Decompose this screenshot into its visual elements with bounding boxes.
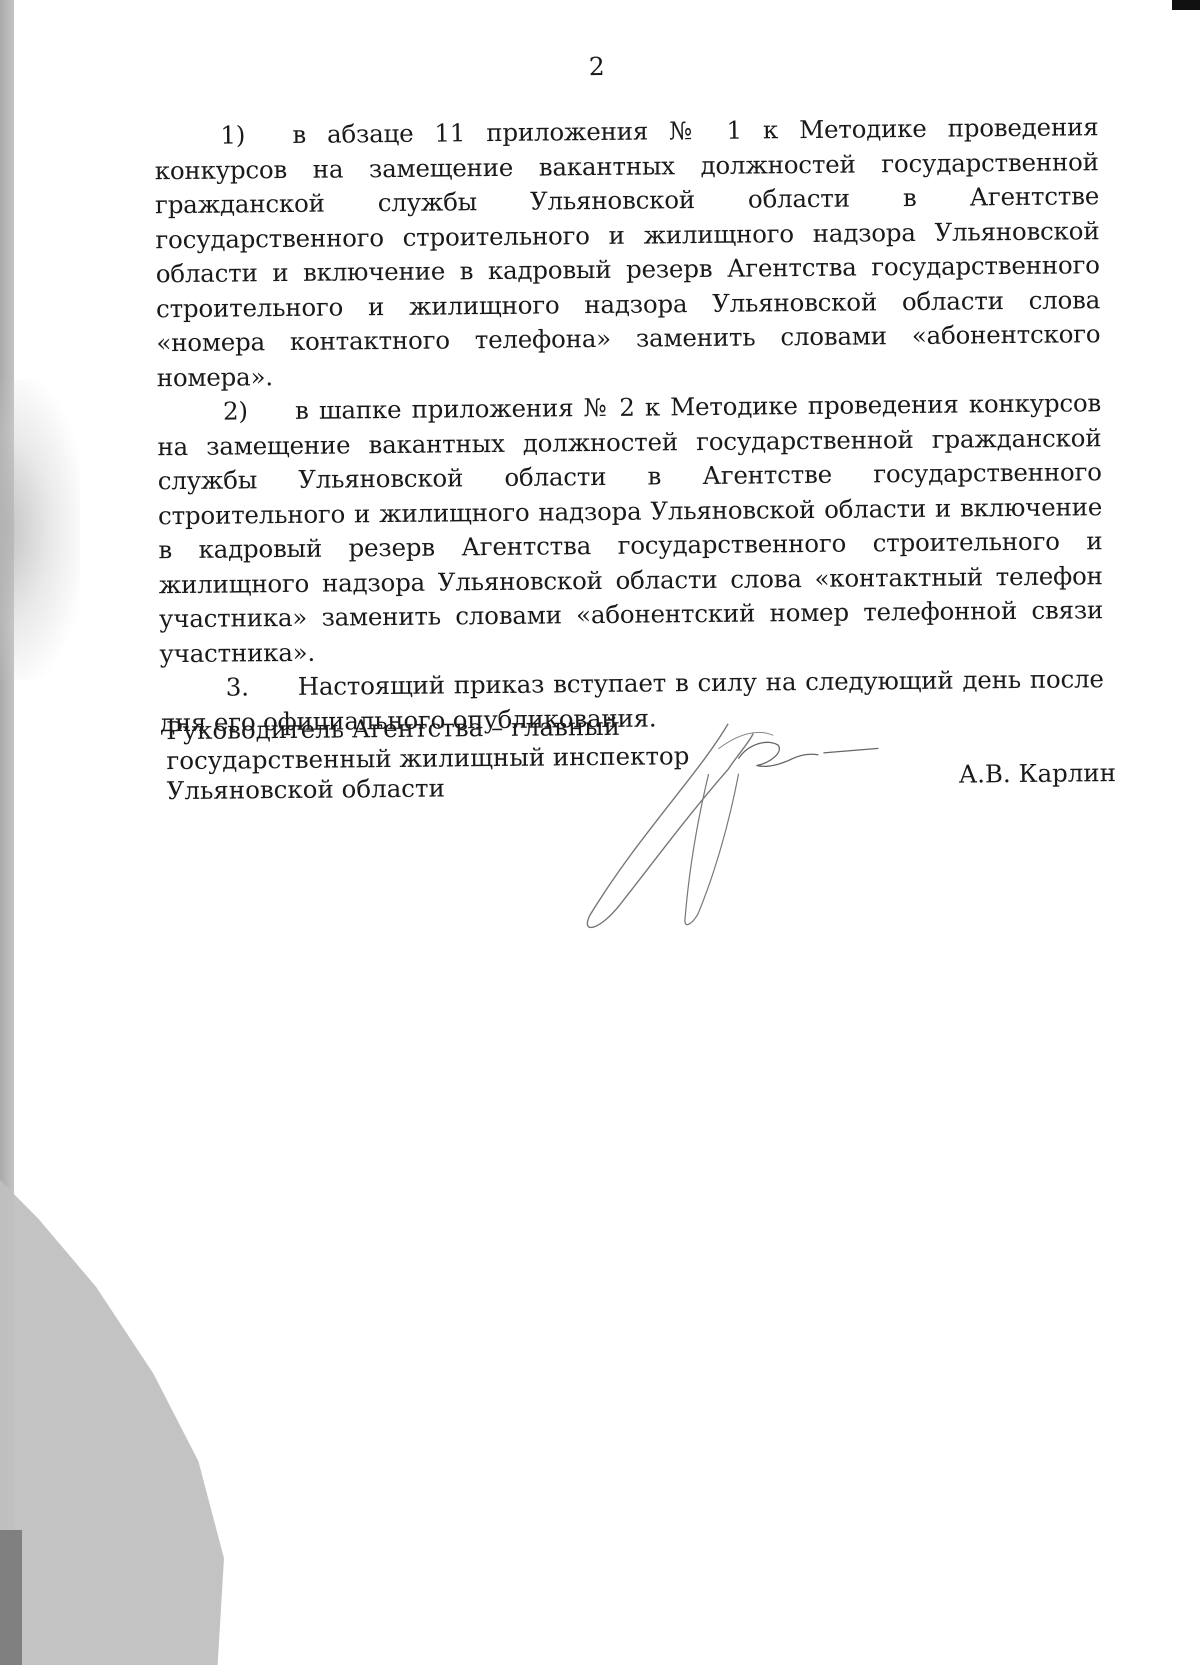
paragraph-number: 1) xyxy=(220,118,292,153)
handwritten-signature-icon xyxy=(578,712,920,935)
paragraph-text: в шапке приложения № 2 к Методике провед… xyxy=(157,388,1103,668)
paragraph-item-2: 2)в шапке приложения № 2 к Методике пров… xyxy=(157,386,1104,671)
page-number: 2 xyxy=(0,46,1197,87)
paragraph-number: 3. xyxy=(226,670,298,705)
document-body: 1)в абзаце 11 приложения № 1 к Методике … xyxy=(154,110,1104,740)
paragraph-item-1: 1)в абзаце 11 приложения № 1 к Методике … xyxy=(154,110,1101,395)
document-page: 2 1)в абзаце 11 приложения № 1 к Методик… xyxy=(0,0,1200,1665)
paragraph-text: в абзаце 11 приложения № 1 к Методике пр… xyxy=(155,112,1101,392)
paragraph-number: 2) xyxy=(223,394,295,429)
signatory-name: А.В. Карлин xyxy=(958,758,1116,789)
